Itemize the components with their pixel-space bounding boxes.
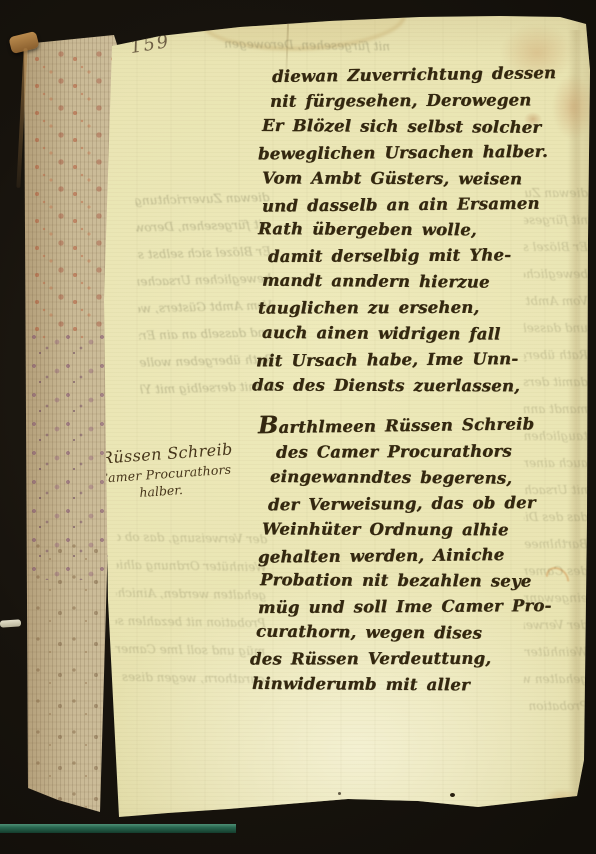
- manuscript-line: diewan Zuverrichtung dessen: [272, 60, 572, 90]
- manuscript-line: Probation nit bezahlen seye: [260, 568, 572, 596]
- manuscript-line: Er Blözel sich selbst solcher: [262, 113, 572, 141]
- manuscript-line: gehalten werden, Ainiche: [258, 541, 572, 570]
- manuscript-line: Barthlmeen Rüssen Schreib: [258, 408, 572, 441]
- bleed-through-line: Weinhüter Ordnung alhie: [117, 551, 267, 582]
- paragraph-2: Barthlmeen Rüssen Schreibdes Camer Procu…: [252, 410, 572, 698]
- manuscript-line: curathorn, wegen dises: [256, 619, 572, 648]
- manuscript-line: müg und soll Ime Camer Pro-: [258, 593, 572, 621]
- manuscript-photo: nit fürgesehen, Derowegen diewan Zuverri…: [0, 0, 596, 854]
- margin-note: Rüssen Schreib Camer Procurathors halber…: [100, 439, 235, 502]
- bookmark-cord: [0, 619, 21, 627]
- manuscript-line: tauglichen zu ersehen,: [258, 295, 572, 322]
- manuscript-line: und dasselb an ain Ersamen: [262, 190, 572, 219]
- manuscript-line: auch ainen widrigen fall: [262, 320, 572, 348]
- manuscript-line: Weinhüter Ordnung alhie: [262, 516, 572, 543]
- ink-spot: [338, 792, 341, 795]
- bleed-through-line: nit fürgesehen, Derowegen: [136, 211, 271, 241]
- manuscript-line: der Verweisung, das ob der: [268, 489, 572, 518]
- manuscript-line: mandt anndern hierzue: [262, 268, 572, 297]
- manuscript-line: des Camer Procurathors: [276, 438, 572, 465]
- manuscript-line: eingewanndtes begerens,: [270, 464, 572, 492]
- manuscript-line: hinwiderumb mit aller: [252, 671, 572, 699]
- bleed-through-line: diewan Zuverrichtung dessen: [135, 184, 270, 214]
- bleed-through-line: Probation nit bezahlen seye: [116, 607, 266, 638]
- bleed-through-line: nit fürgesehen, Derowegen: [210, 30, 390, 59]
- bleed-through-line: curathorn, wegen dises: [115, 663, 265, 694]
- manuscript-line: das des Diensts zuerlassen,: [252, 372, 572, 399]
- stain-bottom-right: [543, 788, 581, 814]
- bleed-through-line: gehalten werden, Ainiche: [116, 579, 266, 610]
- bleed-through-line: der Verweisung, das ob der: [117, 523, 267, 554]
- bleed-through-text: der Verweisung, das ob derWeinhüter Ordn…: [115, 523, 268, 694]
- paragraph-1: diewan Zuverrichtung dessennit fürgesehe…: [252, 62, 572, 399]
- water-stain: [199, 0, 407, 54]
- manuscript-line: damit derselbig mit Yhe-: [268, 242, 572, 270]
- manuscript-line: beweglichen Ursachen halber.: [258, 138, 572, 167]
- ink-spot: [450, 793, 455, 797]
- table-edge-strip: [0, 824, 236, 833]
- fore-edge-brown-speckles: [30, 540, 120, 810]
- manuscript-line: des Rüssen Verdeuttung,: [250, 646, 572, 673]
- manuscript-line: Rath übergeben wolle,: [258, 217, 572, 245]
- manuscript-line: nit Ursach habe, Ime Unn-: [256, 346, 572, 375]
- manuscript-line: nit fürgesehen, Derowegen: [270, 87, 572, 114]
- folio-number: 159: [129, 31, 172, 58]
- bleed-through-line: müg und soll Ime Camer Pro-: [115, 635, 265, 666]
- bleed-through-text: nit fürgesehen, Derowegen: [210, 30, 390, 63]
- manuscript-line: Vom Ambt Güsters, weisen: [262, 165, 572, 192]
